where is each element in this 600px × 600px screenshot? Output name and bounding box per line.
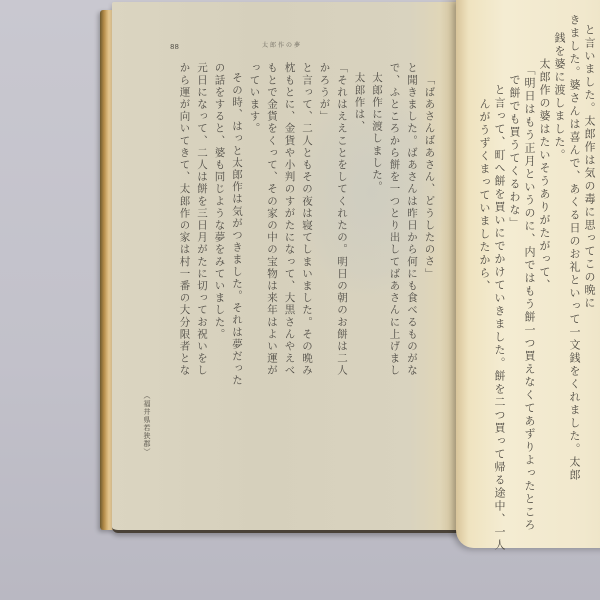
page-number: 88 <box>170 43 179 51</box>
text-column: と言って、町へ餅を買いにでかけていきました。餅を二つ買って帰る途中、一人 <box>494 84 505 552</box>
text-column: 枕もとに、金貨や小判のすがたになって、大黒さんやえべ <box>284 62 295 377</box>
story-source-caption: （福井県若狭郡） <box>142 392 152 456</box>
text-column: と言って、二人ともその夜は寝てしまいました。その晩み <box>302 62 313 377</box>
text-column: かろうが」 <box>319 62 330 123</box>
text-column: 銭を婆に渡しました。 <box>554 32 565 162</box>
text-column: 「明日はもう正月というのに、内ではもう餅一つ買えなくてあずりよったところ <box>524 64 535 532</box>
text-column: 太郎作に渡しました。 <box>372 72 383 193</box>
text-column: の話をすると、婆も同じような夢をみていました。 <box>214 62 225 340</box>
text-column: と言いました。太郎作は気の毒に思ってこの晩に <box>584 24 595 310</box>
text-column: もとで金貨をくって、その家の中の宝物は来年はよい運が <box>267 62 278 377</box>
text-column: んがうずくまっていましたから、 <box>479 98 490 293</box>
text-column: 元日になって、二人は餅を三日月がたに切ってお祝いをし <box>197 62 208 377</box>
text-column: から運が向いてきて、太郎作の家は村一番の大分限者とな <box>179 62 190 377</box>
text-column: 太郎作の婆はたいそうありがたがって、 <box>539 58 550 292</box>
text-column: っています。 <box>249 62 260 135</box>
text-column: 「それはええことをしてくれたの。明日の朝のお餅は二人 <box>337 62 348 377</box>
text-column: その時、はっと太郎作は気がつきました。それは夢だった <box>232 72 243 387</box>
running-head: 太郎作の夢 <box>262 40 302 49</box>
text-column: 「ばあさんばあさん、どうしたのさ」 <box>424 74 435 280</box>
text-column: と聞きました。ばあさんは昨日から何にも食べるものがな <box>407 62 418 377</box>
text-column: で、ふところから餅を一つとり出してばあさんに上げまし <box>389 62 400 377</box>
text-column: 太郎作は、 <box>354 72 365 133</box>
text-column: で餅でも買うてくるわな」 <box>509 74 520 230</box>
text-column: きました。婆さんは喜んで、あくる日のお礼といって一文銭をくれました。太郎 <box>569 14 580 482</box>
